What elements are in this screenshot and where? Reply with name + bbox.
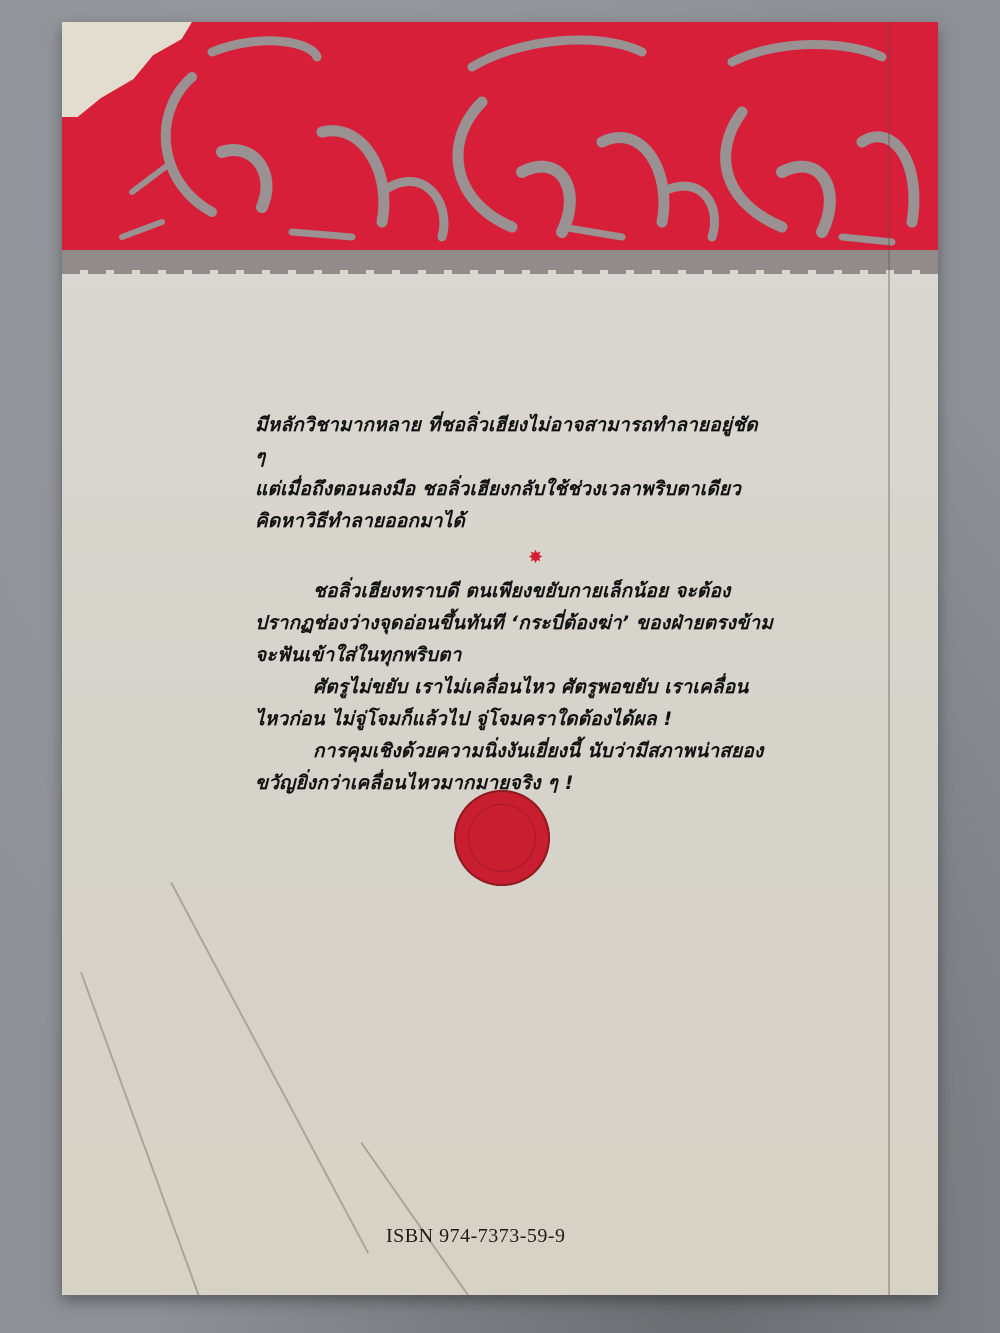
- blurb-line: ไหวก่อน ไม่จู่โจมก็แล้วไป จู่โจมคราใดต้อ…: [255, 703, 775, 735]
- spine-fold-line: [888, 22, 890, 1295]
- blurb-line: แต่เมื่อถึงตอนลงมือ ชอลิ่วเฮียงกลับใช้ช่…: [255, 473, 775, 505]
- publisher-seal-icon: [454, 790, 550, 886]
- crease-line: [170, 882, 369, 1254]
- isbn-number: ISBN 974-7373-59-9: [386, 1225, 566, 1248]
- star-burst-icon: ✸: [528, 551, 542, 565]
- blurb-line: ปรากฏช่องว่างจุดอ่อนขึ้นทันที ‘กระบี่ต้อ…: [255, 607, 775, 639]
- blurb-text: มีหลักวิชามากหลาย ที่ชอลิ่วเฮียงไม่อาจสา…: [255, 409, 775, 799]
- header-dragon-band: [62, 22, 938, 250]
- separator: ✸: [255, 541, 775, 575]
- blurb-line: คิดหาวิธีทำลายออกมาได้: [255, 505, 775, 537]
- blurb-line: ชอลิ่วเฮียงทราบดี ตนเพียงขยับกายเล็กน้อย…: [255, 575, 775, 607]
- book-back-cover: มีหลักวิชามากหลาย ที่ชอลิ่วเฮียงไม่อาจสา…: [62, 22, 938, 1295]
- blurb-line: จะฟันเข้าใส่ในทุกพริบตา: [255, 639, 775, 671]
- crease-line: [360, 1142, 499, 1295]
- crease-line: [80, 972, 212, 1295]
- dragon-icon: [62, 22, 938, 250]
- blurb-line: มีหลักวิชามากหลาย ที่ชอลิ่วเฮียงไม่อาจสา…: [255, 409, 775, 473]
- blurb-line: ศัตรูไม่ขยับ เราไม่เคลื่อนไหว ศัตรูพอขยั…: [255, 671, 775, 703]
- crenellated-border: [62, 250, 938, 270]
- blurb-line: การคุมเชิงด้วยความนิ่งงันเยี่ยงนี้ นับว่…: [255, 735, 775, 767]
